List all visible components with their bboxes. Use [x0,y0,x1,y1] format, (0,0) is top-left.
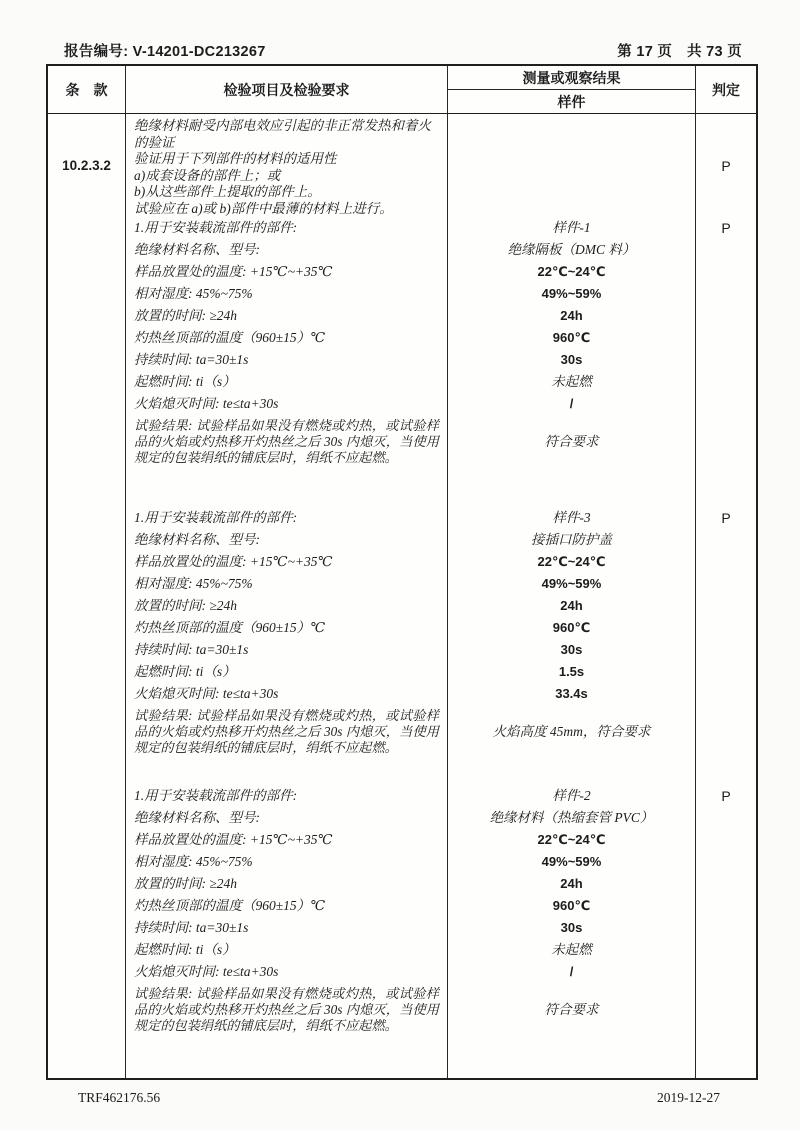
empty-cell [696,371,756,393]
test-item-label: 绝缘材料名称、型号: [126,529,448,551]
test-conclusion-label: 试验结果: 试验样品如果没有燃烧或灼热，或试验样品的火焰或灼热移开灼热丝之后 3… [126,415,448,465]
empty-cell [696,829,756,851]
empty-cell [696,393,756,415]
empty-cell [48,873,126,895]
test-result-value: 960℃ [448,617,696,639]
footer-date: 2019-12-27 [657,1090,720,1106]
clause-number: 10.2.3.2 [48,114,126,217]
test-item-label: 样品放置处的温度: +15℃~+35℃ [126,551,448,573]
empty-cell [696,961,756,983]
empty-cell [48,217,126,239]
empty-cell [696,851,756,873]
empty-cell [696,305,756,327]
empty-cell [696,917,756,939]
test-item-label: 火焰熄灭时间: te≤ta+30s [126,961,448,983]
empty-cell [696,807,756,829]
intro-line: a)成套设备的部件上；或 [134,168,439,185]
empty-cell [48,939,126,961]
empty-cell [696,895,756,917]
test-conclusion-value: 火焰高度 45mm，符合要求 [448,705,696,755]
test-item-label: 相对湿度: 45%~75% [126,573,448,595]
test-item-label: 放置的时间: ≥24h [126,595,448,617]
empty-cell [448,755,696,785]
page-footer: TRF462176.56 2019-12-27 [46,1090,758,1106]
test-result-value: 30s [448,639,696,661]
empty-cell [48,661,126,683]
empty-cell [48,551,126,573]
test-result-value: 22℃~24℃ [448,261,696,283]
empty-cell [48,1033,126,1078]
empty-cell [48,349,126,371]
test-item-label: 放置的时间: ≥24h [126,873,448,895]
empty-cell [696,755,756,785]
test-item-label: 1.用于安装载流部件的部件: [126,217,448,239]
empty-cell [48,755,126,785]
page-indicator: 第 17 页 共 73 页 [617,40,742,61]
table-header: 条 款 检验项目及检验要求 测量或观察结果 判定 样件 [48,66,756,114]
empty-cell [48,829,126,851]
empty-cell [696,683,756,705]
empty-cell [696,573,756,595]
empty-cell [448,114,696,217]
intro-line: b)从这些部件上提取的部件上。 [134,184,439,201]
empty-cell [696,327,756,349]
test-conclusion-label: 试验结果: 试验样品如果没有燃烧或灼热，或试验样品的火焰或灼热移开灼热丝之后 3… [126,983,448,1033]
column-header-clause: 条 款 [48,66,126,113]
table-body: 10.2.3.2 绝缘材料耐受内部电效应引起的非正常发热和着火的验证 验证用于下… [48,114,756,1078]
empty-cell [48,371,126,393]
empty-cell [696,283,756,305]
report-table: 条 款 检验项目及检验要求 测量或观察结果 判定 样件 10.2.3.2 绝缘材… [46,64,758,1080]
test-item-label: 持续时间: ta=30±1s [126,639,448,661]
test-item-label: 灼热丝顶部的温度（960±15）℃ [126,895,448,917]
test-result-value: 1.5s [448,661,696,683]
test-item-label: 持续时间: ta=30±1s [126,917,448,939]
test-result-value: 960℃ [448,895,696,917]
test-result-value: 49%~59% [448,283,696,305]
test-result-value: 22℃~24℃ [448,829,696,851]
test-result-value: 30s [448,917,696,939]
test-item-label: 起燃时间: ti（s） [126,939,448,961]
test-conclusion-value: 符合要求 [448,415,696,465]
empty-cell [126,1033,448,1078]
test-result-value: 24h [448,873,696,895]
empty-cell [48,305,126,327]
test-item-label: 起燃时间: ti（s） [126,371,448,393]
empty-cell [48,261,126,283]
intro-requirements: 绝缘材料耐受内部电效应引起的非正常发热和着火的验证 验证用于下列部件的材料的适用… [126,114,448,217]
test-result-value: 24h [448,305,696,327]
empty-cell [696,983,756,1033]
test-item-label: 灼热丝顶部的温度（960±15）℃ [126,617,448,639]
empty-cell [48,807,126,829]
empty-cell [696,261,756,283]
test-result-value: 绝缘隔板（DMC 料） [448,239,696,261]
column-header-result: 测量或观察结果 [448,66,696,90]
empty-cell [126,465,448,507]
empty-cell [48,507,126,529]
empty-cell [48,785,126,807]
test-item-label: 绝缘材料名称、型号: [126,807,448,829]
intro-line: 绝缘材料耐受内部电效应引起的非正常发热和着火的验证 [134,118,439,151]
test-result-value: 样件-3 [448,507,696,529]
test-result-value: 22℃~24℃ [448,551,696,573]
test-result-value: 绝缘材料（热缩套管 PVC） [448,807,696,829]
empty-cell [48,683,126,705]
empty-cell [448,465,696,507]
test-result-value: 样件-1 [448,217,696,239]
verdict-value: P [696,785,756,807]
empty-cell [48,529,126,551]
test-result-value: / [448,961,696,983]
empty-cell [696,873,756,895]
column-header-sample: 样件 [448,90,696,113]
empty-cell [696,661,756,683]
test-item-label: 火焰熄灭时间: te≤ta+30s [126,683,448,705]
test-conclusion-label: 试验结果: 试验样品如果没有燃烧或灼热，或试验样品的火焰或灼热移开灼热丝之后 3… [126,705,448,755]
empty-cell [448,1033,696,1078]
test-result-value: 30s [448,349,696,371]
test-result-value: 未起燃 [448,939,696,961]
test-conclusion-value: 符合要求 [448,983,696,1033]
column-header-verdict: 判定 [696,66,756,113]
empty-cell [696,551,756,573]
empty-cell [696,639,756,661]
verdict-value: P [696,507,756,529]
empty-cell [696,595,756,617]
intro-line: 验证用于下列部件的材料的适用性 [134,151,439,168]
empty-cell [48,895,126,917]
empty-cell [48,465,126,507]
document-code: TRF462176.56 [78,1090,160,1106]
empty-cell [48,961,126,983]
test-result-value: 接插口防护盖 [448,529,696,551]
test-item-label: 持续时间: ta=30±1s [126,349,448,371]
page-header: 报告编号: V-14201-DC213267 第 17 页 共 73 页 [46,40,758,61]
test-item-label: 样品放置处的温度: +15℃~+35℃ [126,261,448,283]
test-item-label: 相对湿度: 45%~75% [126,283,448,305]
empty-cell [48,639,126,661]
verdict-value: P [696,217,756,239]
empty-cell [126,755,448,785]
empty-cell [48,595,126,617]
empty-cell [696,705,756,755]
test-result-value: 49%~59% [448,573,696,595]
empty-cell [48,283,126,305]
empty-cell [48,851,126,873]
empty-cell [48,617,126,639]
test-item-label: 1.用于安装载流部件的部件: [126,785,448,807]
report-number: 报告编号: V-14201-DC213267 [64,40,266,61]
test-result-value: 49%~59% [448,851,696,873]
empty-cell [48,705,126,755]
empty-cell [48,573,126,595]
column-header-item: 检验项目及检验要求 [126,66,448,113]
empty-cell [48,393,126,415]
empty-cell [48,327,126,349]
empty-cell [48,239,126,261]
verdict-value: P [696,114,756,217]
test-result-value: 33.4s [448,683,696,705]
test-result-value: 24h [448,595,696,617]
test-item-label: 绝缘材料名称、型号: [126,239,448,261]
empty-cell [48,983,126,1033]
empty-cell [696,529,756,551]
test-item-label: 1.用于安装载流部件的部件: [126,507,448,529]
test-result-value: 未起燃 [448,371,696,393]
test-item-label: 放置的时间: ≥24h [126,305,448,327]
empty-cell [696,239,756,261]
test-item-label: 灼热丝顶部的温度（960±15）℃ [126,327,448,349]
empty-cell [696,939,756,961]
test-item-label: 样品放置处的温度: +15℃~+35℃ [126,829,448,851]
empty-cell [48,917,126,939]
empty-cell [696,1033,756,1078]
empty-cell [696,415,756,465]
test-result-value: 960℃ [448,327,696,349]
test-item-label: 相对湿度: 45%~75% [126,851,448,873]
test-item-label: 火焰熄灭时间: te≤ta+30s [126,393,448,415]
test-result-value: 样件-2 [448,785,696,807]
intro-line: 试验应在 a)或 b)部件中最薄的材料上进行。 [134,201,439,218]
empty-cell [696,617,756,639]
test-result-value: / [448,393,696,415]
empty-cell [696,349,756,371]
test-item-label: 起燃时间: ti（s） [126,661,448,683]
empty-cell [48,415,126,465]
empty-cell [696,465,756,507]
